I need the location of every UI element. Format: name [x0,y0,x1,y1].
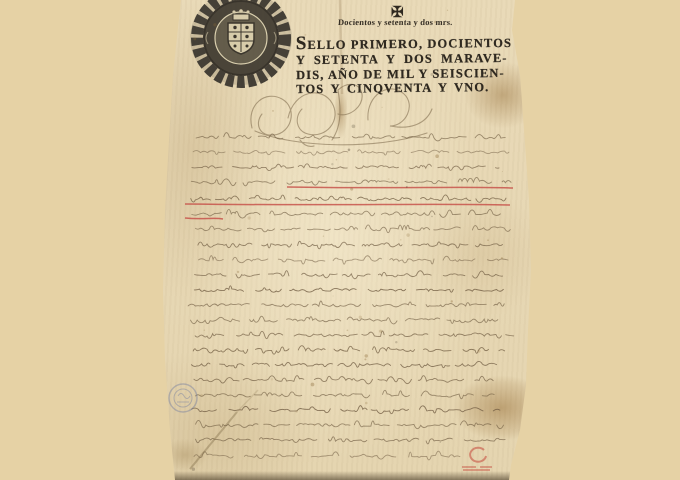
scanned-document-photo: ✠ Docientos y setenta y dos mrs. SELLO P… [0,0,680,480]
handwritten-text-block [188,133,514,460]
library-stamp [169,384,197,412]
seal-crown-icon [232,9,249,20]
collection-mark [462,448,492,470]
tax-stamp-value-line: Docientos y setenta y dos mrs. [338,17,459,27]
royal-seal-stamp [190,0,292,85]
tax-stamp-heading-line-4: TOS Y CINQVENTA Y VNO. [296,80,516,97]
tax-stamp-heading: SELLO PRIMERO, DOCIENTOS Y SETENTA Y DOS… [296,35,517,97]
seal-shield-icon [228,23,254,54]
